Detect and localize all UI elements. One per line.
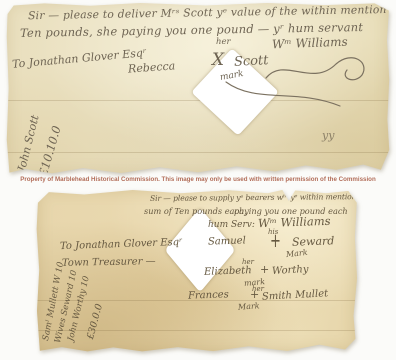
doc2-worthy-last-name: Worthy bbox=[272, 265, 309, 277]
doc2-docket-amount: £30.0.0 bbox=[86, 303, 105, 340]
doc2-body-line2-left: sum of Ten pounds each, bbox=[144, 207, 247, 215]
doc2-seward-last-name: Seward bbox=[292, 235, 335, 247]
doc1-docket-name: John Scott bbox=[16, 114, 41, 173]
paper-crease bbox=[6, 152, 390, 153]
doc2-closing: hum Serv: bbox=[208, 221, 255, 230]
watermark-text: Property of Marblehead Historical Commis… bbox=[0, 176, 396, 183]
doc2-mullet-mark-cross: + bbox=[250, 289, 259, 300]
pen-flourish bbox=[224, 78, 344, 110]
document-2-wrapper: Sir — please to supply yᵉ bearers wᵗʰ yᵉ… bbox=[36, 188, 358, 352]
document-2-paper: Sir — please to supply yᵉ bearers wᵗʰ yᵉ… bbox=[36, 188, 358, 352]
doc1-corner-flourish: yy bbox=[322, 130, 334, 141]
document-1-paper: Sir — please to deliver Mʳˢ Scott yᵉ val… bbox=[6, 2, 390, 174]
paper-crease bbox=[36, 330, 358, 331]
doc2-body-line1: Sir — please to supply yᵉ bearers wᵗʰ yᵉ… bbox=[150, 193, 363, 202]
doc1-docket-amount: £10.10.0 bbox=[38, 125, 63, 177]
document-1-wrapper: Sir — please to deliver Mʳˢ Scott yᵉ val… bbox=[6, 2, 390, 174]
doc2-addressee-title: Town Treasurer — bbox=[62, 257, 156, 269]
doc1-signer-first-name: Rebecca bbox=[128, 60, 176, 74]
doc2-worthy-mark-cross: + bbox=[260, 264, 269, 275]
doc2-seward-first-name: Samuel bbox=[208, 236, 246, 247]
doc2-mullet-first-name: Frances bbox=[188, 290, 229, 301]
doc1-her-label: her bbox=[216, 38, 231, 47]
doc1-addressee: To Jonathan Glover Esqʳ bbox=[12, 47, 147, 70]
scanned-documents-background: Sir — please to deliver Mʳˢ Scott yᵉ val… bbox=[0, 0, 396, 360]
doc2-mullet-mark-word: Mark bbox=[238, 302, 260, 311]
doc2-seward-mark-word: Mark bbox=[286, 249, 308, 259]
doc2-worthy-first-name: Elizabeth bbox=[204, 266, 252, 278]
doc1-mark-cross: X bbox=[212, 52, 224, 69]
doc2-seward-mark-cross: + bbox=[270, 232, 281, 252]
doc2-addressee: To Jonathan Glover Esqʳ bbox=[60, 238, 183, 252]
